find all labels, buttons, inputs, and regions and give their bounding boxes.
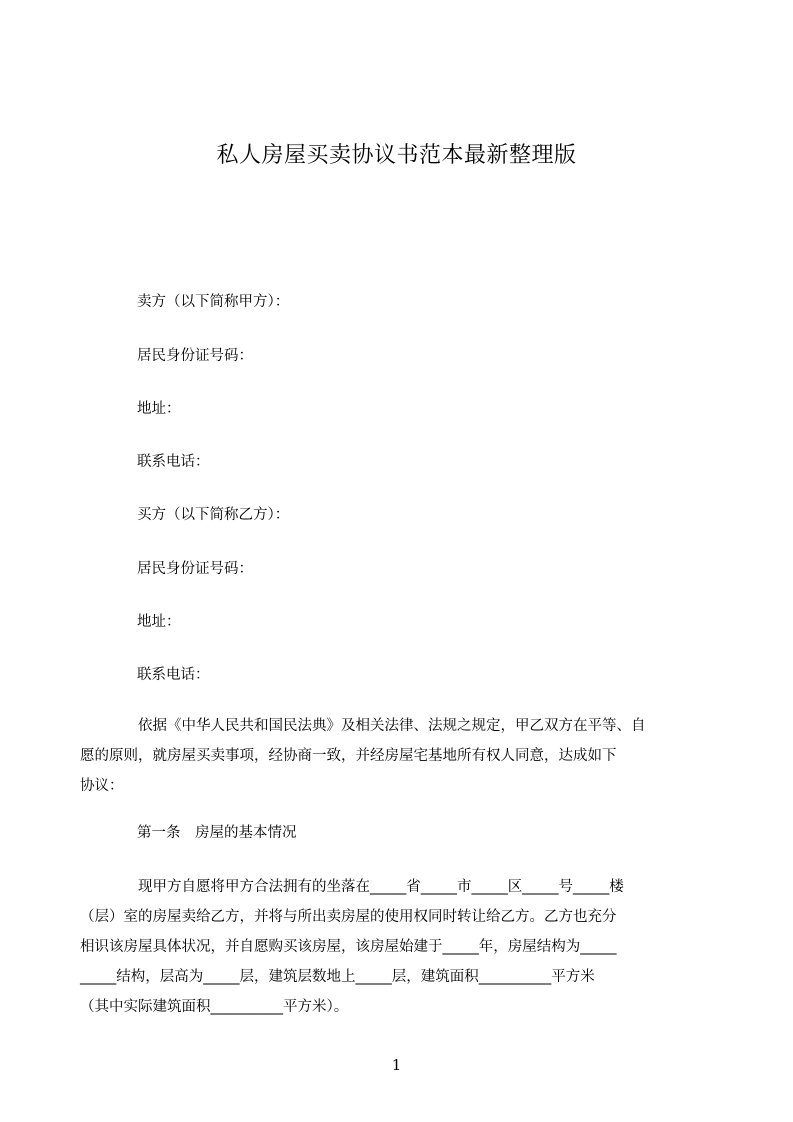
preamble-paragraph: 依据《中华人民共和国民法典》及相关法律、法规之规定，甲乙双方在平等、自 愿的原则… [80, 711, 711, 801]
article-1-line: 现甲方自愿将甲方合法拥有的坐落在_____省_____市_____区_____号… [80, 872, 711, 902]
buyer-address-label: 地址： [137, 612, 181, 632]
article-1-line: 相识该房屋具体状况，并自愿购买该房屋，该房屋始建于_____年，房屋结构为___… [80, 932, 711, 962]
buyer-id-number-label: 居民身份证号码： [137, 559, 253, 579]
buyer-label: 买方（以下简称乙方）： [137, 505, 289, 525]
article-1-line: _____结构，层高为_____层，建筑层数地上_____层，建筑面积_____… [80, 962, 711, 992]
seller-phone-label: 联系电话： [137, 452, 210, 472]
preamble-line: 愿的原则，就房屋买卖事项，经协商一致，并经房屋宅基地所有权人同意，达成如下 [80, 741, 711, 771]
page-number: 1 [0, 1055, 793, 1075]
article-1-heading: 第一条 房屋的基本情况 [137, 823, 297, 843]
article-1-line: （层）室的房屋卖给乙方，并将与所出卖房屋的使用权同时转让给乙方。乙方也充分 [80, 902, 711, 932]
article-1-paragraph: 现甲方自愿将甲方合法拥有的坐落在_____省_____市_____区_____号… [80, 872, 711, 1022]
article-1-line: （其中实际建筑面积__________平方米）。 [80, 992, 711, 1022]
document-title: 私人房屋买卖协议书范本最新整理版 [0, 140, 793, 172]
document-page: 私人房屋买卖协议书范本最新整理版 卖方（以下简称甲方）： 居民身份证号码： 地址… [0, 0, 793, 1122]
seller-address-label: 地址： [137, 399, 181, 419]
seller-id-number-label: 居民身份证号码： [137, 346, 253, 366]
buyer-phone-label: 联系电话： [137, 665, 210, 685]
seller-label: 卖方（以下简称甲方）： [137, 292, 289, 312]
preamble-line: 依据《中华人民共和国民法典》及相关法律、法规之规定，甲乙双方在平等、自 [80, 711, 711, 741]
preamble-line: 协议： [80, 771, 711, 801]
